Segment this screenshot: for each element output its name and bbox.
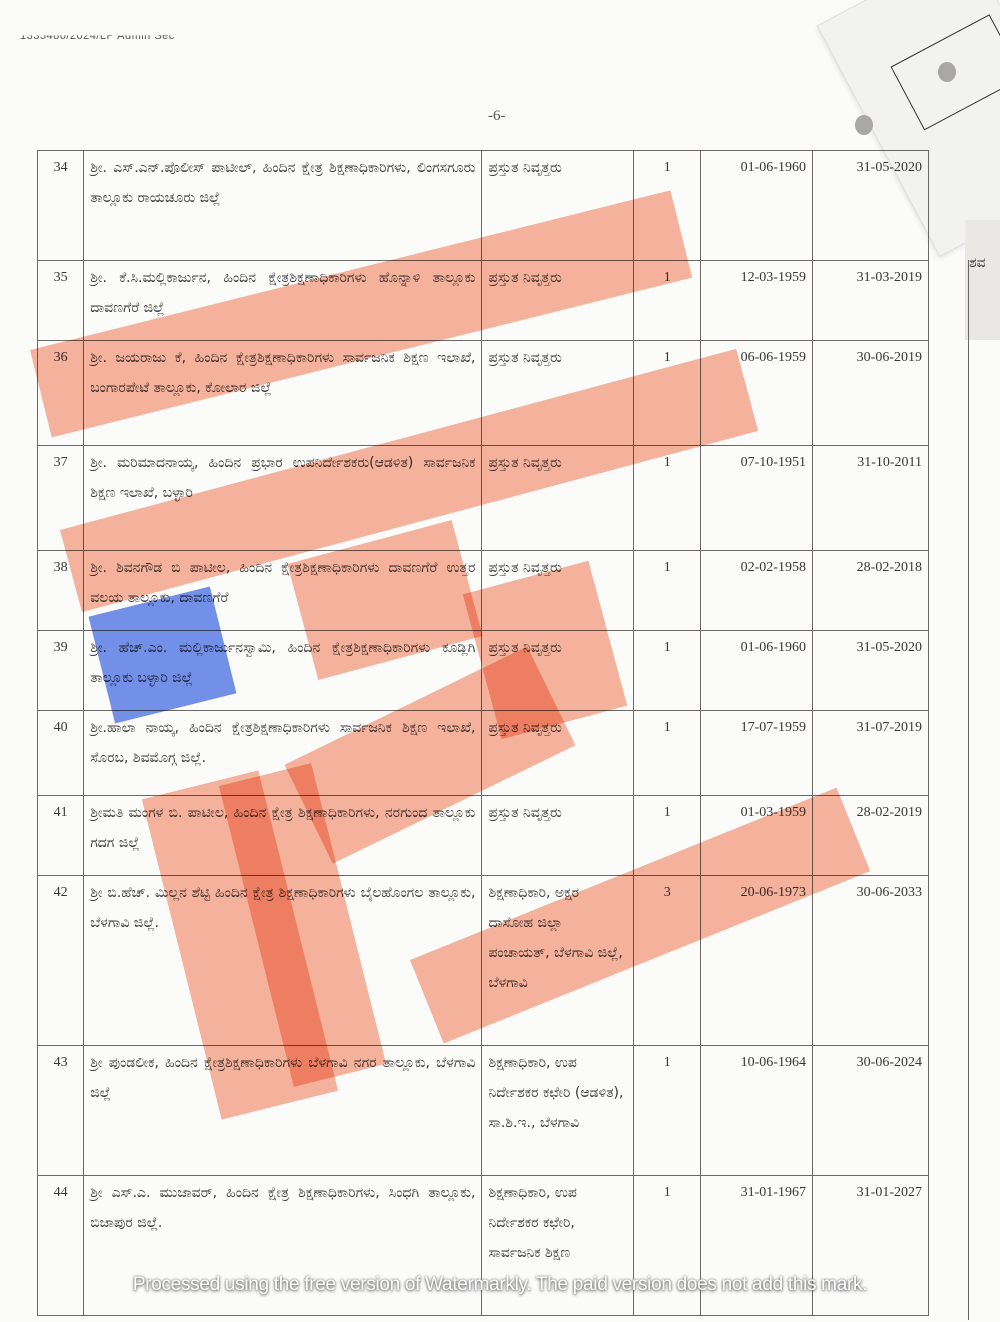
table-row: 39ಶ್ರೀ. ಹೆಚ್.ಎಂ. ಮಲ್ಲಿಕಾರ್ಜುನಸ್ವಾಮಿ, ಹಿಂ…	[38, 631, 929, 711]
retirement-date: 28-02-2018	[812, 551, 928, 631]
serial-number: 38	[38, 551, 84, 631]
count: 1	[634, 1046, 701, 1176]
count: 1	[634, 631, 701, 711]
current-position: ಶಿಕ್ಷಣಾಧಿಕಾರಿ, ಅಕ್ಷರ ದಾಸೋಹ ಜಿಲ್ಲಾ ಪಂಚಾಯತ…	[482, 876, 634, 1046]
serial-number: 36	[38, 341, 84, 446]
count: 1	[634, 711, 701, 796]
count: 1	[634, 261, 701, 341]
page-number: -6-	[488, 108, 506, 125]
punch-hole	[855, 115, 873, 135]
retirement-date: 30-06-2033	[812, 876, 928, 1046]
serial-number: 34	[38, 151, 84, 261]
officer-name-and-office: ಶ್ರೀ. ಶಿವನಗೌಡ ಬಿ ಪಾಟೀಲ, ಹಿಂದಿನ ಕ್ಷೇತ್ರಶಿ…	[84, 551, 482, 631]
table-row: 40ಶ್ರೀ.ಹಾಲಾ ನಾಯ್ಕ, ಹಿಂದಿನ ಕ್ಷೇತ್ರಶಿಕ್ಷಣಾ…	[38, 711, 929, 796]
date-of-birth: 01-06-1960	[701, 151, 813, 261]
table-row: 36ಶ್ರೀ. ಜಯರಾಜು ಕೆ, ಹಿಂದಿನ ಕ್ಷೇತ್ರಶಿಕ್ಷಣಾ…	[38, 341, 929, 446]
table-row: 43ಶ್ರೀ ಪುಂಡಲೀಕ, ಹಿಂದಿನ ಕ್ಷೇತ್ರಶಿಕ್ಷಣಾಧಿಕ…	[38, 1046, 929, 1176]
date-of-birth: 10-06-1964	[701, 1046, 813, 1176]
date-of-birth: 07-10-1951	[701, 446, 813, 551]
watermark-footer: Processed using the free version of Wate…	[0, 1274, 1000, 1296]
serial-number: 40	[38, 711, 84, 796]
date-of-birth: 06-06-1959	[701, 341, 813, 446]
current-position: ಪ್ರಸ್ತುತ ನಿವೃತ್ತರು	[482, 631, 634, 711]
current-position: ಪ್ರಸ್ತುತ ನಿವೃತ್ತರು	[482, 151, 634, 261]
retirement-date: 31-03-2019	[812, 261, 928, 341]
officer-name-and-office: ಶ್ರೀ. ಎಸ್.ಎನ್.ಪೊಲೀಸ್ ಪಾಟೀಲ್, ಹಿಂದಿನ ಕ್ಷೇ…	[84, 151, 482, 261]
officer-name-and-office: ಶ್ರೀ ಬಿ.ಹೆಚ್. ಮಿಲ್ಲನ ಶೆಟ್ಟಿ ಹಿಂದಿನ ಕ್ಷೇತ…	[84, 876, 482, 1046]
retirement-date: 31-10-2011	[812, 446, 928, 551]
page-edge	[968, 260, 969, 1320]
current-position: ಪ್ರಸ್ತುತ ನಿವೃತ್ತರು	[482, 551, 634, 631]
count: 1	[634, 796, 701, 876]
date-of-birth: 01-03-1959	[701, 796, 813, 876]
date-of-birth: 17-07-1959	[701, 711, 813, 796]
date-of-birth: 20-06-1973	[701, 876, 813, 1046]
count: 1	[634, 551, 701, 631]
date-of-birth: 01-06-1960	[701, 631, 813, 711]
officer-name-and-office: ಶ್ರೀ. ಮರಿಮಾದನಾಯ್ಕ, ಹಿಂದಿನ ಪ್ರಭಾರ ಉಪನಿರ್ದ…	[84, 446, 482, 551]
serial-number: 37	[38, 446, 84, 551]
retirement-date: 30-06-2024	[812, 1046, 928, 1176]
serial-number: 39	[38, 631, 84, 711]
table-row: 41ಶ್ರೀಮತಿ ಮಂಗಳ ಬಿ. ಪಾಟೀಲ, ಹಿಂದಿನ ಕ್ಷೇತ್ರ…	[38, 796, 929, 876]
table-row: 35ಶ್ರೀ. ಕೆ.ಸಿ.ಮಲ್ಲಿಕಾರ್ಜುನ, ಹಿಂದಿನ ಕ್ಷೇತ…	[38, 261, 929, 341]
serial-number: 42	[38, 876, 84, 1046]
date-of-birth: 12-03-1959	[701, 261, 813, 341]
adjacent-page-text: ಶವ	[969, 255, 986, 271]
retirement-date: 31-05-2020	[812, 151, 928, 261]
punch-hole	[938, 62, 956, 82]
count: 3	[634, 876, 701, 1046]
officer-name-and-office: ಶ್ರೀಮತಿ ಮಂಗಳ ಬಿ. ಪಾಟೀಲ, ಹಿಂದಿನ ಕ್ಷೇತ್ರ ಶ…	[84, 796, 482, 876]
current-position: ಪ್ರಸ್ತುತ ನಿವೃತ್ತರು	[482, 796, 634, 876]
current-position: ಪ್ರಸ್ತುತ ನಿವೃತ್ತರು	[482, 711, 634, 796]
officer-name-and-office: ಶ್ರೀ. ಕೆ.ಸಿ.ಮಲ್ಲಿಕಾರ್ಜುನ, ಹಿಂದಿನ ಕ್ಷೇತ್ರ…	[84, 261, 482, 341]
officers-table: 34ಶ್ರೀ. ಎಸ್.ಎನ್.ಪೊಲೀಸ್ ಪಾಟೀಲ್, ಹಿಂದಿನ ಕ್…	[37, 150, 929, 1316]
table-row: 37ಶ್ರೀ. ಮರಿಮಾದನಾಯ್ಕ, ಹಿಂದಿನ ಪ್ರಭಾರ ಉಪನಿರ…	[38, 446, 929, 551]
retirement-date: 31-05-2020	[812, 631, 928, 711]
current-position: ಪ್ರಸ್ತುತ ನಿವೃತ್ತರು	[482, 261, 634, 341]
officer-name-and-office: ಶ್ರೀ.ಹಾಲಾ ನಾಯ್ಕ, ಹಿಂದಿನ ಕ್ಷೇತ್ರಶಿಕ್ಷಣಾಧಿ…	[84, 711, 482, 796]
serial-number: 43	[38, 1046, 84, 1176]
count: 1	[634, 151, 701, 261]
officer-name-and-office: ಶ್ರೀ. ಹೆಚ್.ಎಂ. ಮಲ್ಲಿಕಾರ್ಜುನಸ್ವಾಮಿ, ಹಿಂದಿ…	[84, 631, 482, 711]
adjacent-page-fragment: ಶವ	[965, 220, 1000, 340]
officer-name-and-office: ಶ್ರೀ ಪುಂಡಲೀಕ, ಹಿಂದಿನ ಕ್ಷೇತ್ರಶಿಕ್ಷಣಾಧಿಕಾರ…	[84, 1046, 482, 1176]
reference-number: 1335486/2024/LP Admin Sec	[20, 30, 175, 42]
retirement-date: 31-07-2019	[812, 711, 928, 796]
current-position: ಪ್ರಸ್ತುತ ನಿವೃತ್ತರು	[482, 446, 634, 551]
officer-name-and-office: ಶ್ರೀ. ಜಯರಾಜು ಕೆ, ಹಿಂದಿನ ಕ್ಷೇತ್ರಶಿಕ್ಷಣಾಧಿ…	[84, 341, 482, 446]
current-position: ಪ್ರಸ್ತುತ ನಿವೃತ್ತರು	[482, 341, 634, 446]
table-row: 42ಶ್ರೀ ಬಿ.ಹೆಚ್. ಮಿಲ್ಲನ ಶೆಟ್ಟಿ ಹಿಂದಿನ ಕ್ಷ…	[38, 876, 929, 1046]
serial-number: 41	[38, 796, 84, 876]
serial-number: 35	[38, 261, 84, 341]
count: 1	[634, 446, 701, 551]
count: 1	[634, 341, 701, 446]
retirement-date: 28-02-2019	[812, 796, 928, 876]
table-row: 34ಶ್ರೀ. ಎಸ್.ಎನ್.ಪೊಲೀಸ್ ಪಾಟೀಲ್, ಹಿಂದಿನ ಕ್…	[38, 151, 929, 261]
current-position: ಶಿಕ್ಷಣಾಧಿಕಾರಿ, ಉಪ ನಿರ್ದೇಶಕರ ಕಛೇರಿ (ಆಡಳಿತ…	[482, 1046, 634, 1176]
retirement-date: 30-06-2019	[812, 341, 928, 446]
date-of-birth: 02-02-1958	[701, 551, 813, 631]
table-row: 38ಶ್ರೀ. ಶಿವನಗೌಡ ಬಿ ಪಾಟೀಲ, ಹಿಂದಿನ ಕ್ಷೇತ್ರ…	[38, 551, 929, 631]
